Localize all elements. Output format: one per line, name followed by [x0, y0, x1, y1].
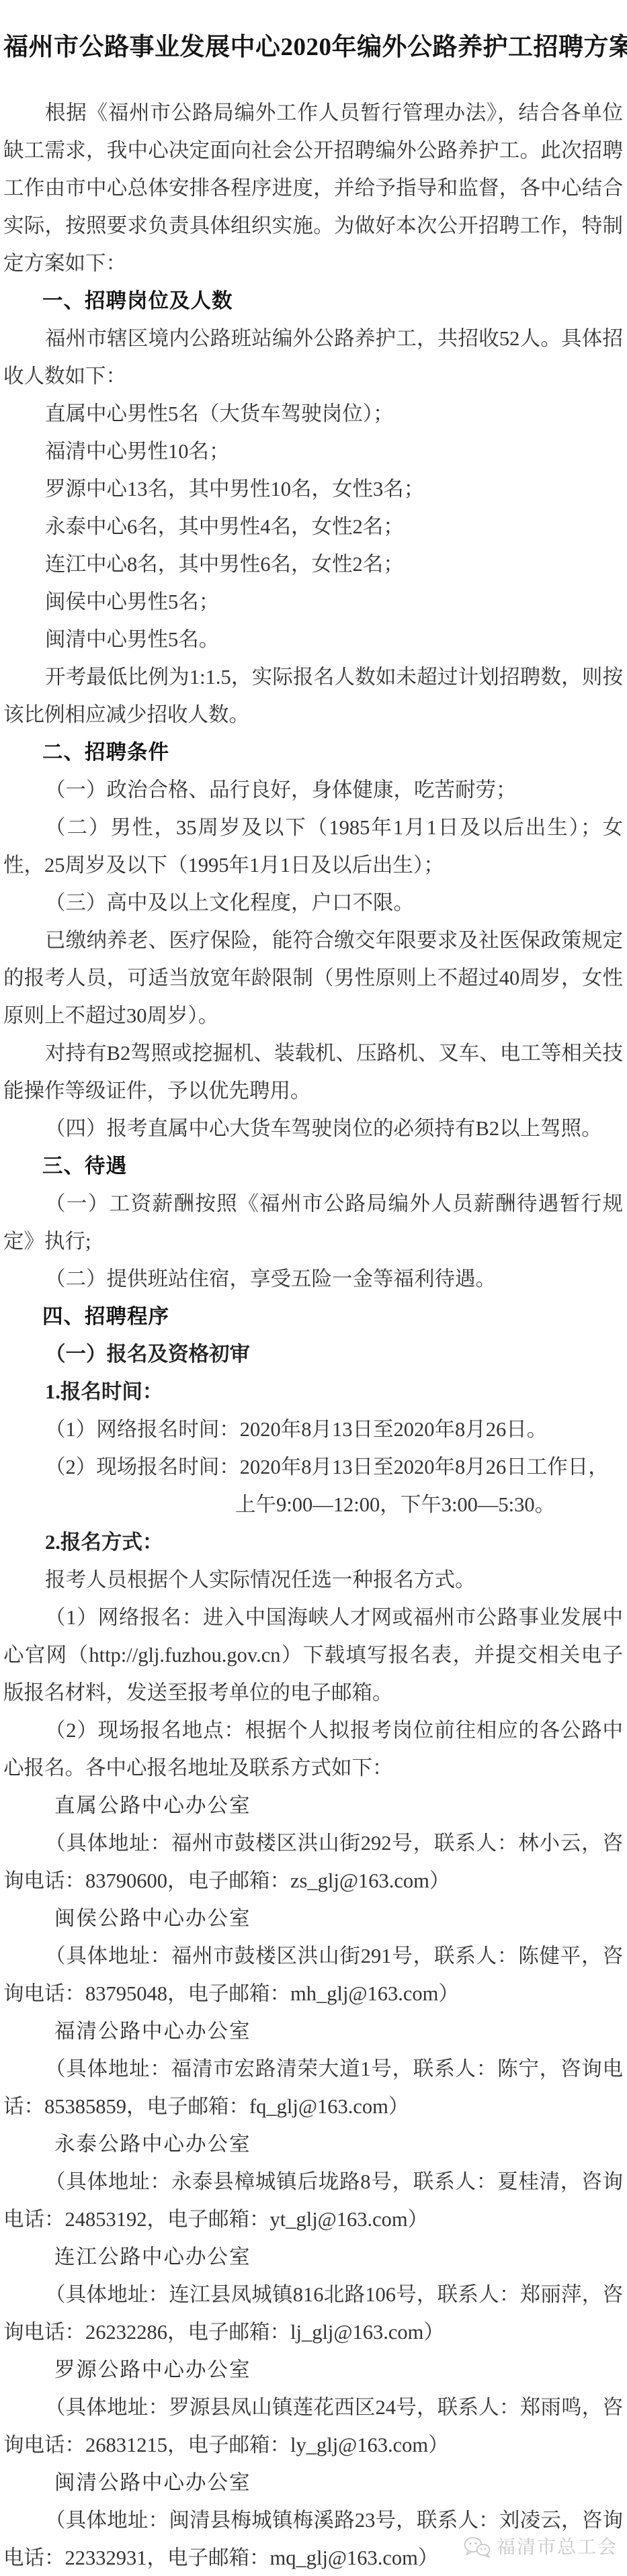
office-name: 永泰公路中心办公室: [3, 2125, 623, 2163]
section-heading: 四、招聘程序: [3, 1298, 623, 1335]
paragraph: 开考最低比例为1:1.5，实际报名人数如未超过计划招聘数，则按该比例相应减少招收…: [3, 658, 623, 734]
sub-heading: （一）报名及资格初审: [3, 1335, 623, 1373]
paragraph: （二）男性，35周岁及以下（1985年1月1日及以后出生）；女性，25周岁及以下…: [3, 809, 623, 884]
office-name: 连江公路中心办公室: [3, 2238, 623, 2276]
paragraph: （四）报考直属中心大货车驾驶岗位的必须持有B2以上驾照。: [3, 1110, 623, 1147]
sub-heading: 1.报名时间：: [3, 1373, 623, 1411]
paragraph: （2）现场报名地点：根据个人拟报考岗位前往相应的各公路中心报名。各中心报名地址及…: [3, 1712, 623, 1787]
quota-item: 直属中心男性5名（大货车驾驶岗位）；: [3, 395, 623, 433]
section-heading: 三、待遇: [3, 1147, 623, 1185]
office-name: 闽侯公路中心办公室: [3, 1900, 623, 1937]
watermark: 福清市总工会: [463, 2536, 618, 2559]
paragraph: 已缴纳养老、医疗保险，能符合缴交年限要求及社医保政策规定的报考人员，可适当放宽年…: [3, 922, 623, 1034]
wechat-logo-icon: [463, 2536, 491, 2559]
section-heading: 二、招聘条件: [3, 734, 623, 771]
paragraph: （一）政治合格、品行良好，身体健康，吃苦耐劳；: [3, 771, 623, 809]
quota-item: 福清中心男性10名；: [3, 433, 623, 470]
paragraph: 对持有B2驾照或挖掘机、装载机、压路机、叉车、电工等相关技能操作等级证件，予以优…: [3, 1034, 623, 1110]
office-contact: （具体地址：福州市鼓楼区洪山街291号，联系人：陈健平，咨询电话：8379504…: [3, 1937, 623, 2012]
paragraph: 根据《福州市公路局编外工作人员暂行管理办法》，结合各单位缺工需求，我中心决定面向…: [3, 94, 623, 282]
paragraph: （三）高中及以上文化程度，户口不限。: [3, 884, 623, 922]
office-name: 福清公路中心办公室: [3, 2012, 623, 2050]
office-contact: （具体地址：连江县凤城镇816北路106号，联系人：郑丽萍，咨询电话：26232…: [3, 2276, 623, 2351]
office-contact: （具体地址：罗源县凤山镇莲花西区24号，联系人：郑雨鸣，咨询电话：2683121…: [3, 2389, 623, 2464]
paragraph: 福州市辖区境内公路班站编外公路养护工，共招收52人。具体招收人数如下：: [3, 320, 623, 395]
document-body: 根据《福州市公路局编外工作人员暂行管理办法》，结合各单位缺工需求，我中心决定面向…: [3, 94, 623, 2576]
paragraph: （一）工资薪酬按照《福州市公路局编外人员薪酬待遇暂行规定》执行;: [3, 1185, 623, 1260]
section-heading: 一、招聘岗位及人数: [3, 282, 623, 320]
paragraph: （1）网络报名：进入中国海峡人才网或福州市公路事业发展中心官网（http://g…: [3, 1599, 623, 1712]
quota-item: 闽清中心男性5名。: [3, 621, 623, 658]
announcement-page: 福州市公路事业发展中心2020年编外公路养护工招聘方案 根据《福州市公路局编外工…: [0, 0, 627, 2576]
paragraph: （2）现场报名时间：2020年8月13日至2020年8月26日工作日，: [3, 1448, 623, 1486]
office-name: 罗源公路中心办公室: [3, 2351, 623, 2389]
paragraph: 报考人员根据个人实际情况任选一种报名方式。: [3, 1561, 623, 1599]
quota-item: 连江中心8名，其中男性6名，女性2名；: [3, 545, 623, 583]
office-name: 闽清公路中心办公室: [3, 2464, 623, 2501]
office-contact: （具体地址：福州市鼓楼区洪山街292号，联系人：林小云，咨询电话：8379060…: [3, 1824, 623, 1900]
quota-item: 罗源中心13名，其中男性10名，女性3名；: [3, 470, 623, 508]
time-note: 上午9:00—12:00，下午3:00—5:30。: [3, 1486, 623, 1523]
office-contact: （具体地址：福清市宏路清荣大道1号，联系人：陈宁，咨询电话：85385859，电…: [3, 2050, 623, 2125]
paragraph: （1）网络报名时间：2020年8月13日至2020年8月26日。: [3, 1411, 623, 1448]
office-contact: （具体地址：永泰县樟城镇后垅路8号，联系人：夏桂清，咨询电话：24853192，…: [3, 2163, 623, 2238]
quota-item: 永泰中心6名，其中男性4名，女性2名；: [3, 508, 623, 545]
sub-heading: 2.报名方式：: [3, 1523, 623, 1561]
office-name: 直属公路中心办公室: [3, 1787, 623, 1824]
page-title: 福州市公路事业发展中心2020年编外公路养护工招聘方案: [3, 28, 623, 67]
paragraph: （二）提供班站住宿，享受五险一金等福利待遇。: [3, 1260, 623, 1298]
quota-item: 闽侯中心男性5名；: [3, 583, 623, 621]
watermark-label: 福清市总工会: [497, 2536, 618, 2558]
